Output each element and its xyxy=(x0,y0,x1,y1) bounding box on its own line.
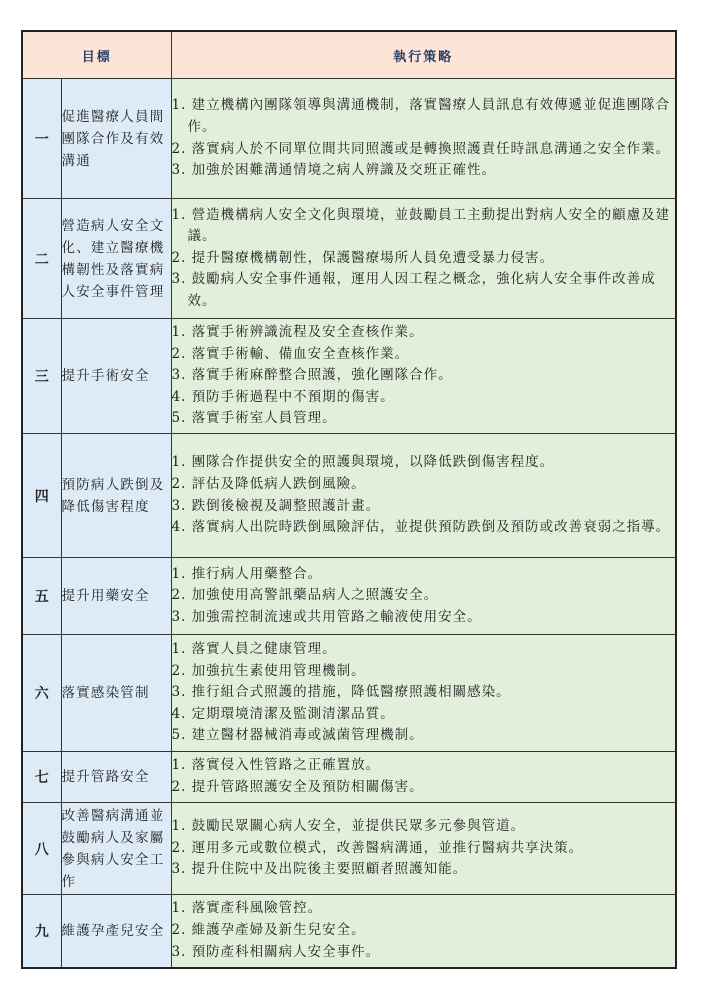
table-header-row: 目標 執行策略 xyxy=(22,31,676,79)
strategy-item: 2. 評估及降低病人跌倒風險。 xyxy=(172,474,676,496)
strategy-item: 1. 營造機構病人安全文化與環境，並鼓勵員工主動提出對病人安全的顧慮及建議。 xyxy=(172,205,676,248)
table-row: 一促進醫療人員間團隊合作及有效溝通1. 建立機構內團隊領導與溝通機制，落實醫療人… xyxy=(22,79,676,199)
goal-number: 七 xyxy=(22,752,61,803)
strategy-item: 1. 落實侵入性管路之正確置放。 xyxy=(172,755,676,777)
table-row: 九維護孕產兒安全1. 落實產科風險管控。2. 維護孕產婦及新生兒安全。3. 預防… xyxy=(22,895,676,968)
strategy-list: 1. 營造機構病人安全文化與環境，並鼓勵員工主動提出對病人安全的顧慮及建議。2.… xyxy=(171,199,676,319)
strategy-item: 3. 加強需控制流速或共用管路之輸液使用安全。 xyxy=(172,607,676,629)
table-row: 六落實感染管制1. 落實人員之健康管理。2. 加強抗生素使用管理機制。3. 推行… xyxy=(22,635,676,752)
strategy-item: 2. 落實手術輸、備血安全查核作業。 xyxy=(172,344,676,366)
strategy-item: 5. 落實手術室人員管理。 xyxy=(172,408,676,430)
strategy-item: 3. 跌倒後檢視及調整照護計畫。 xyxy=(172,496,676,518)
strategy-item: 1. 落實產科風險管控。 xyxy=(172,898,676,920)
goal-title: 提升管路安全 xyxy=(61,752,171,803)
strategy-list: 1. 落實產科風險管控。2. 維護孕產婦及新生兒安全。3. 預防產科相關病人安全… xyxy=(171,895,676,968)
strategy-item: 1. 團隊合作提供安全的照護與環境，以降低跌倒傷害程度。 xyxy=(172,452,676,474)
strategy-item: 3. 鼓勵病人安全事件通報，運用人因工程之概念，強化病人安全事件改善成效。 xyxy=(172,269,676,312)
strategy-item: 1. 落實手術辨識流程及安全查核作業。 xyxy=(172,322,676,344)
goal-title: 預防病人跌倒及降低傷害程度 xyxy=(61,434,171,558)
goal-number: 九 xyxy=(22,895,61,968)
strategy-item: 2. 維護孕產婦及新生兒安全。 xyxy=(172,920,676,942)
strategy-item: 2. 加強使用高警訊藥品病人之照護安全。 xyxy=(172,585,676,607)
goal-title: 提升用藥安全 xyxy=(61,558,171,635)
strategy-item: 2. 運用多元或數位模式，改善醫病溝通，並推行醫病共享決策。 xyxy=(172,838,676,860)
header-strategy: 執行策略 xyxy=(171,31,676,79)
strategy-list: 1. 落實人員之健康管理。2. 加強抗生素使用管理機制。3. 推行組合式照護的措… xyxy=(171,635,676,752)
strategy-item: 2. 提升醫療機構韌性，保護醫療場所人員免遭受暴力侵害。 xyxy=(172,248,676,270)
goal-title: 提升手術安全 xyxy=(61,319,171,434)
goal-number: 二 xyxy=(22,199,61,319)
strategy-item: 3. 提升住院中及出院後主要照顧者照護知能。 xyxy=(172,859,676,881)
goal-number: 六 xyxy=(22,635,61,752)
strategy-list: 1. 落實手術辨識流程及安全查核作業。2. 落實手術輸、備血安全查核作業。3. … xyxy=(171,319,676,434)
goal-title: 促進醫療人員間團隊合作及有效溝通 xyxy=(61,79,171,199)
table-row: 八改善醫病溝通並鼓勵病人及家屬參與病人安全工作1. 鼓勵民眾關心病人安全，並提供… xyxy=(22,803,676,895)
goal-number: 四 xyxy=(22,434,61,558)
table-row: 五提升用藥安全1. 推行病人用藥整合。2. 加強使用高警訊藥品病人之照護安全。3… xyxy=(22,558,676,635)
strategy-item: 4. 定期環境清潔及監測清潔品質。 xyxy=(172,704,676,726)
table-row: 二營造病人安全文化、建立醫療機構韌性及落實病人安全事件管理1. 營造機構病人安全… xyxy=(22,199,676,319)
strategy-item: 3. 預防產科相關病人安全事件。 xyxy=(172,942,676,964)
strategy-item: 2. 落實病人於不同單位間共同照護或是轉換照護責任時訊息溝通之安全作業。 xyxy=(172,139,676,161)
strategy-item: 4. 預防手術過程中不預期的傷害。 xyxy=(172,387,676,409)
goal-number: 八 xyxy=(22,803,61,895)
goal-title: 營造病人安全文化、建立醫療機構韌性及落實病人安全事件管理 xyxy=(61,199,171,319)
strategy-list: 1. 鼓勵民眾關心病人安全，並提供民眾多元參與管道。2. 運用多元或數位模式，改… xyxy=(171,803,676,895)
goal-number: 一 xyxy=(22,79,61,199)
strategy-item: 2. 提升管路照護安全及預防相關傷害。 xyxy=(172,777,676,799)
strategy-list: 1. 建立機構內團隊領導與溝通機制，落實醫療人員訊息有效傳遞並促進團隊合作。2.… xyxy=(171,79,676,199)
strategy-item: 1. 建立機構內團隊領導與溝通機制，落實醫療人員訊息有效傳遞並促進團隊合作。 xyxy=(172,95,676,138)
strategy-item: 5. 建立醫材器械消毒或滅菌管理機制。 xyxy=(172,725,676,747)
strategy-item: 1. 鼓勵民眾關心病人安全，並提供民眾多元參與管道。 xyxy=(172,816,676,838)
strategy-list: 1. 團隊合作提供安全的照護與環境，以降低跌倒傷害程度。2. 評估及降低病人跌倒… xyxy=(171,434,676,558)
goal-title: 改善醫病溝通並鼓勵病人及家屬參與病人安全工作 xyxy=(61,803,171,895)
strategy-item: 1. 推行病人用藥整合。 xyxy=(172,564,676,586)
strategy-item: 3. 加強於困難溝通情境之病人辨識及交班正確性。 xyxy=(172,160,676,182)
strategy-item: 3. 落實手術麻醉整合照護，強化團隊合作。 xyxy=(172,365,676,387)
header-goal: 目標 xyxy=(22,31,171,79)
table-row: 三提升手術安全1. 落實手術辨識流程及安全查核作業。2. 落實手術輸、備血安全查… xyxy=(22,319,676,434)
goal-number: 五 xyxy=(22,558,61,635)
strategy-list: 1. 落實侵入性管路之正確置放。2. 提升管路照護安全及預防相關傷害。 xyxy=(171,752,676,803)
strategy-item: 4. 落實病人出院時跌倒風險評估，並提供預防跌倒及預防或改善衰弱之指導。 xyxy=(172,517,676,539)
table-row: 七提升管路安全1. 落實侵入性管路之正確置放。2. 提升管路照護安全及預防相關傷… xyxy=(22,752,676,803)
goal-title: 落實感染管制 xyxy=(61,635,171,752)
goal-title: 維護孕產兒安全 xyxy=(61,895,171,968)
strategy-item: 1. 落實人員之健康管理。 xyxy=(172,639,676,661)
goal-number: 三 xyxy=(22,319,61,434)
patient-safety-goals-table: 目標 執行策略 一促進醫療人員間團隊合作及有效溝通1. 建立機構內團隊領導與溝通… xyxy=(21,30,677,969)
strategy-list: 1. 推行病人用藥整合。2. 加強使用高警訊藥品病人之照護安全。3. 加強需控制… xyxy=(171,558,676,635)
table-row: 四預防病人跌倒及降低傷害程度1. 團隊合作提供安全的照護與環境，以降低跌倒傷害程… xyxy=(22,434,676,558)
strategy-item: 3. 推行組合式照護的措施，降低醫療照護相關感染。 xyxy=(172,682,676,704)
strategy-item: 2. 加強抗生素使用管理機制。 xyxy=(172,661,676,683)
